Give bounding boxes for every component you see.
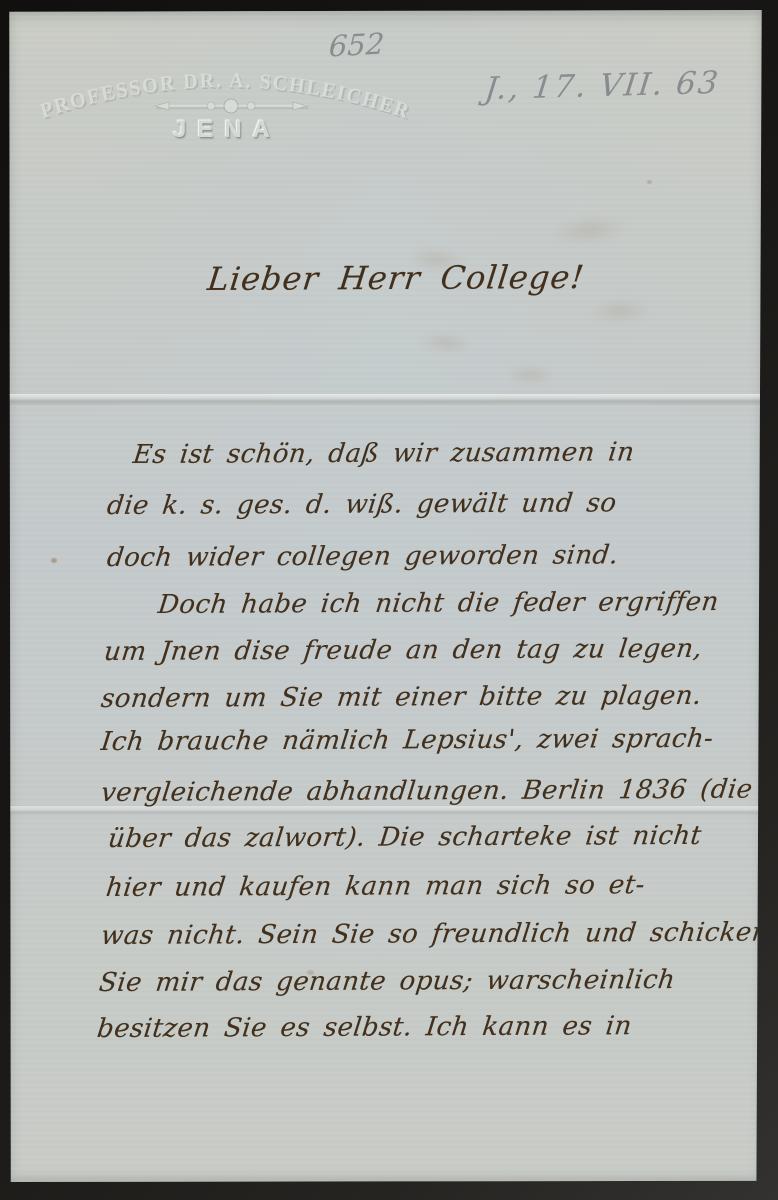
- scan-background: PROFESSOR DR. A. SCHLEICHER PROFESSOR DR…: [0, 0, 778, 1200]
- pencil-date-annotation: J., 17. VII. 63: [483, 65, 722, 107]
- letter-line: um Jnen dise freude an den tag zu legen,: [102, 634, 703, 667]
- letter-line: besitzen Sie es selbst. Ich kann es in: [95, 1011, 633, 1044]
- letter-page: PROFESSOR DR. A. SCHLEICHER PROFESSOR DR…: [7, 10, 764, 1182]
- ink-bleed-through: [546, 211, 634, 250]
- letter-line: doch wider collegen geworden sind.: [105, 540, 620, 573]
- salutation: Lieber Herr College!: [206, 258, 587, 298]
- foxing-spot: [51, 558, 57, 563]
- fold-crease-upper: [7, 394, 764, 406]
- ink-bleed-through: [418, 330, 474, 357]
- letter-line: vergleichende abhandlungen. Berlin 1836 …: [99, 775, 754, 808]
- ink-bleed-through: [507, 365, 555, 385]
- foxing-spot: [647, 180, 652, 184]
- letterhead-city: JENA: [102, 116, 352, 144]
- letter-line: sondern um Sie mit einer bitte zu plagen…: [99, 681, 703, 714]
- letter-line: Es ist schön, daß wir zusammen in: [131, 437, 636, 470]
- ink-bleed-through: [586, 296, 653, 325]
- letter-line: Ich brauche nämlich Lepsius', zwei sprac…: [99, 724, 715, 757]
- letter-line: Sie mir das genante opus; warscheinlich: [97, 965, 676, 998]
- letter-line: Doch habe ich nicht die feder ergriffen: [156, 587, 720, 620]
- letterhead-ornament-icon: [155, 99, 308, 113]
- letter-line: die k. s. ges. d. wiß. gewält und so: [105, 488, 618, 521]
- letter-line: über das zalwort). Die scharteke ist nic…: [106, 821, 703, 854]
- letter-line: was nicht. Sein Sie so freundlich und sc…: [99, 918, 770, 951]
- pencil-archive-number: 652: [328, 26, 385, 63]
- letter-line: hier und kaufen kann man sich so et-: [104, 870, 646, 903]
